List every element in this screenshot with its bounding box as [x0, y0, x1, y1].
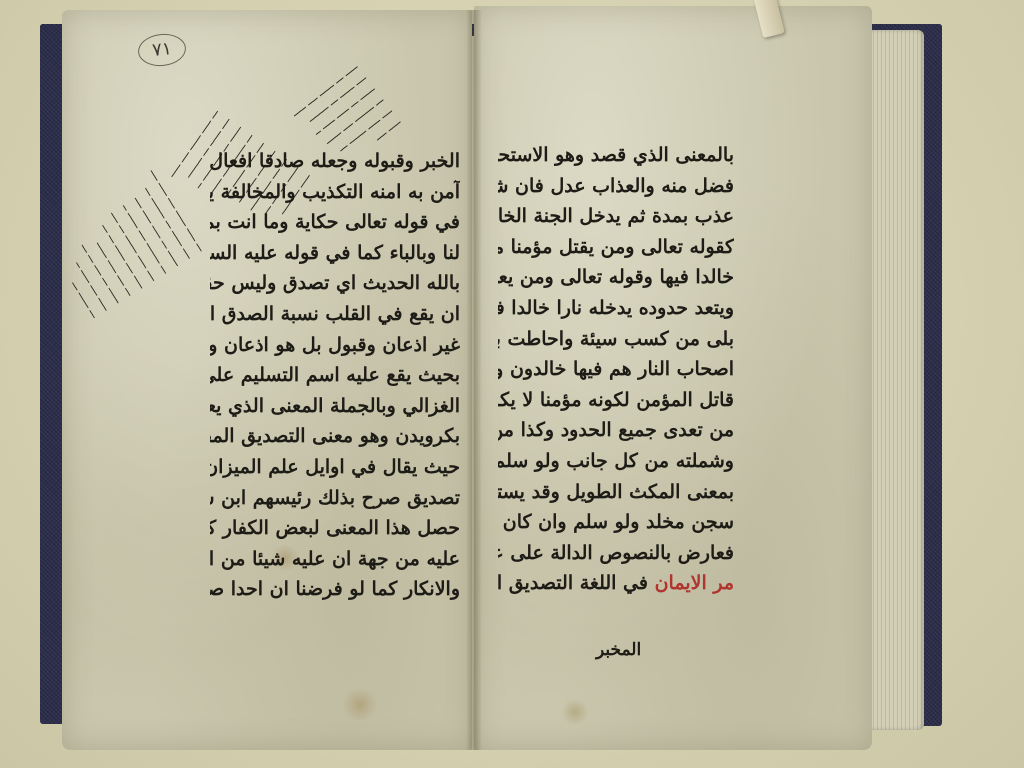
text-line: كقوله تعالى ومن يقتل مؤمنا متعمدا فجزاؤه…	[498, 232, 734, 263]
text-line: اصحاب النار هم فيها خالدون والجواب ان	[498, 354, 734, 385]
page-block-edges	[866, 30, 924, 730]
text-line: بلى من كسب سيئة واحاطت به خطيئته فاولئك	[498, 324, 734, 355]
text-line: الخبر وقبوله وجعله صادقا افعال من الامن …	[210, 146, 460, 177]
text-line: وشملته من كل جانب ولو سلم فالخلود قد	[498, 446, 734, 477]
paper-stain	[560, 700, 590, 724]
text-line: ويتعد حدوده يدخله نارا خالدا فيها وقوله	[498, 293, 734, 324]
text-line-rest: في اللغة التصديق اي اذعان حكم	[498, 572, 648, 594]
text-line: قاتل المؤمن لكونه مؤمنا لا يكون الا كافر…	[498, 385, 734, 416]
text-line: حصل هذا المعنى لبعض الكفار كان اطلاق اسم…	[210, 513, 460, 544]
gutter-fold	[466, 10, 482, 750]
text-line: فضل منه والعذاب عدل فان شاء عفى وان شاء	[498, 171, 734, 202]
text-line: ان يقع في القلب نسبة الصدق الى الخبر او …	[210, 299, 460, 330]
text-line: خالدا فيها وقوله تعالى ومن يعص الله ورسو…	[498, 262, 734, 293]
text-line: فعارض بالنصوص الدالة على عدم الخلود ولما	[498, 538, 734, 569]
text-line: من تعدى جميع الحدود وكذا من احاطت به خطي…	[498, 415, 734, 446]
text-line: بحيث يقع عليه اسم التسليم على ما صرح به …	[210, 360, 460, 391]
right-page-text: بالمعنى الذي قصد وهو الاستحباب وانما الث…	[498, 140, 734, 599]
text-line: عليه من جهة ان عليه شيئا من امارات التكذ…	[210, 544, 460, 575]
catchword: المخبر	[596, 640, 641, 660]
left-page-text: الخبر وقبوله وجعله صادقا افعال من الامن …	[210, 146, 460, 605]
text-line: بالمعنى الذي قصد وهو الاستحباب وانما الث…	[498, 140, 734, 171]
text-line: غير اذعان وقبول بل هو اذعان وقبول لذلك	[210, 330, 460, 361]
text-line-with-rubric: مر الايمان في اللغة التصديق اي اذعان حكم	[498, 568, 734, 599]
text-line: والانكار كما لو فرضنا ان احدا صدق بجميع …	[210, 574, 460, 605]
text-line: بالله الحديث اي تصدق وليس حقيقة التصديق	[210, 268, 460, 299]
text-line: سجن مخلد ولو سلم وان كان معنى الاول فعلى	[498, 507, 734, 538]
text-line: في قوله تعالى حكاية وما انت بمؤمن لنا اي…	[210, 207, 460, 238]
text-line: بمعنى المكث الطويل وقد يستعمل من المكث ا…	[498, 477, 734, 508]
text-line: لنا وبالباء كما في قوله عليه السلام الاي…	[210, 238, 460, 269]
text-line: الغزالي وبالجملة المعنى الذي يعبر عنه في…	[210, 391, 460, 422]
text-line: آمن به امنه التكذيب والمخالفة يتعدى بالل…	[210, 177, 460, 208]
text-line: بكرويدن وهو معنى التصديق المقابل للتصور	[210, 421, 460, 452]
text-line: تصديق صرح بذلك رئيسهم ابن سينا فلو	[210, 483, 460, 514]
paper-stain	[340, 690, 380, 720]
text-line: حيث يقال في اوايل علم الميزان العلم اما …	[210, 452, 460, 483]
text-line: عذب بمدة ثم يدخل الجنة الخاتم الله الدعى…	[498, 201, 734, 232]
red-rubric: مر الايمان	[655, 572, 734, 594]
